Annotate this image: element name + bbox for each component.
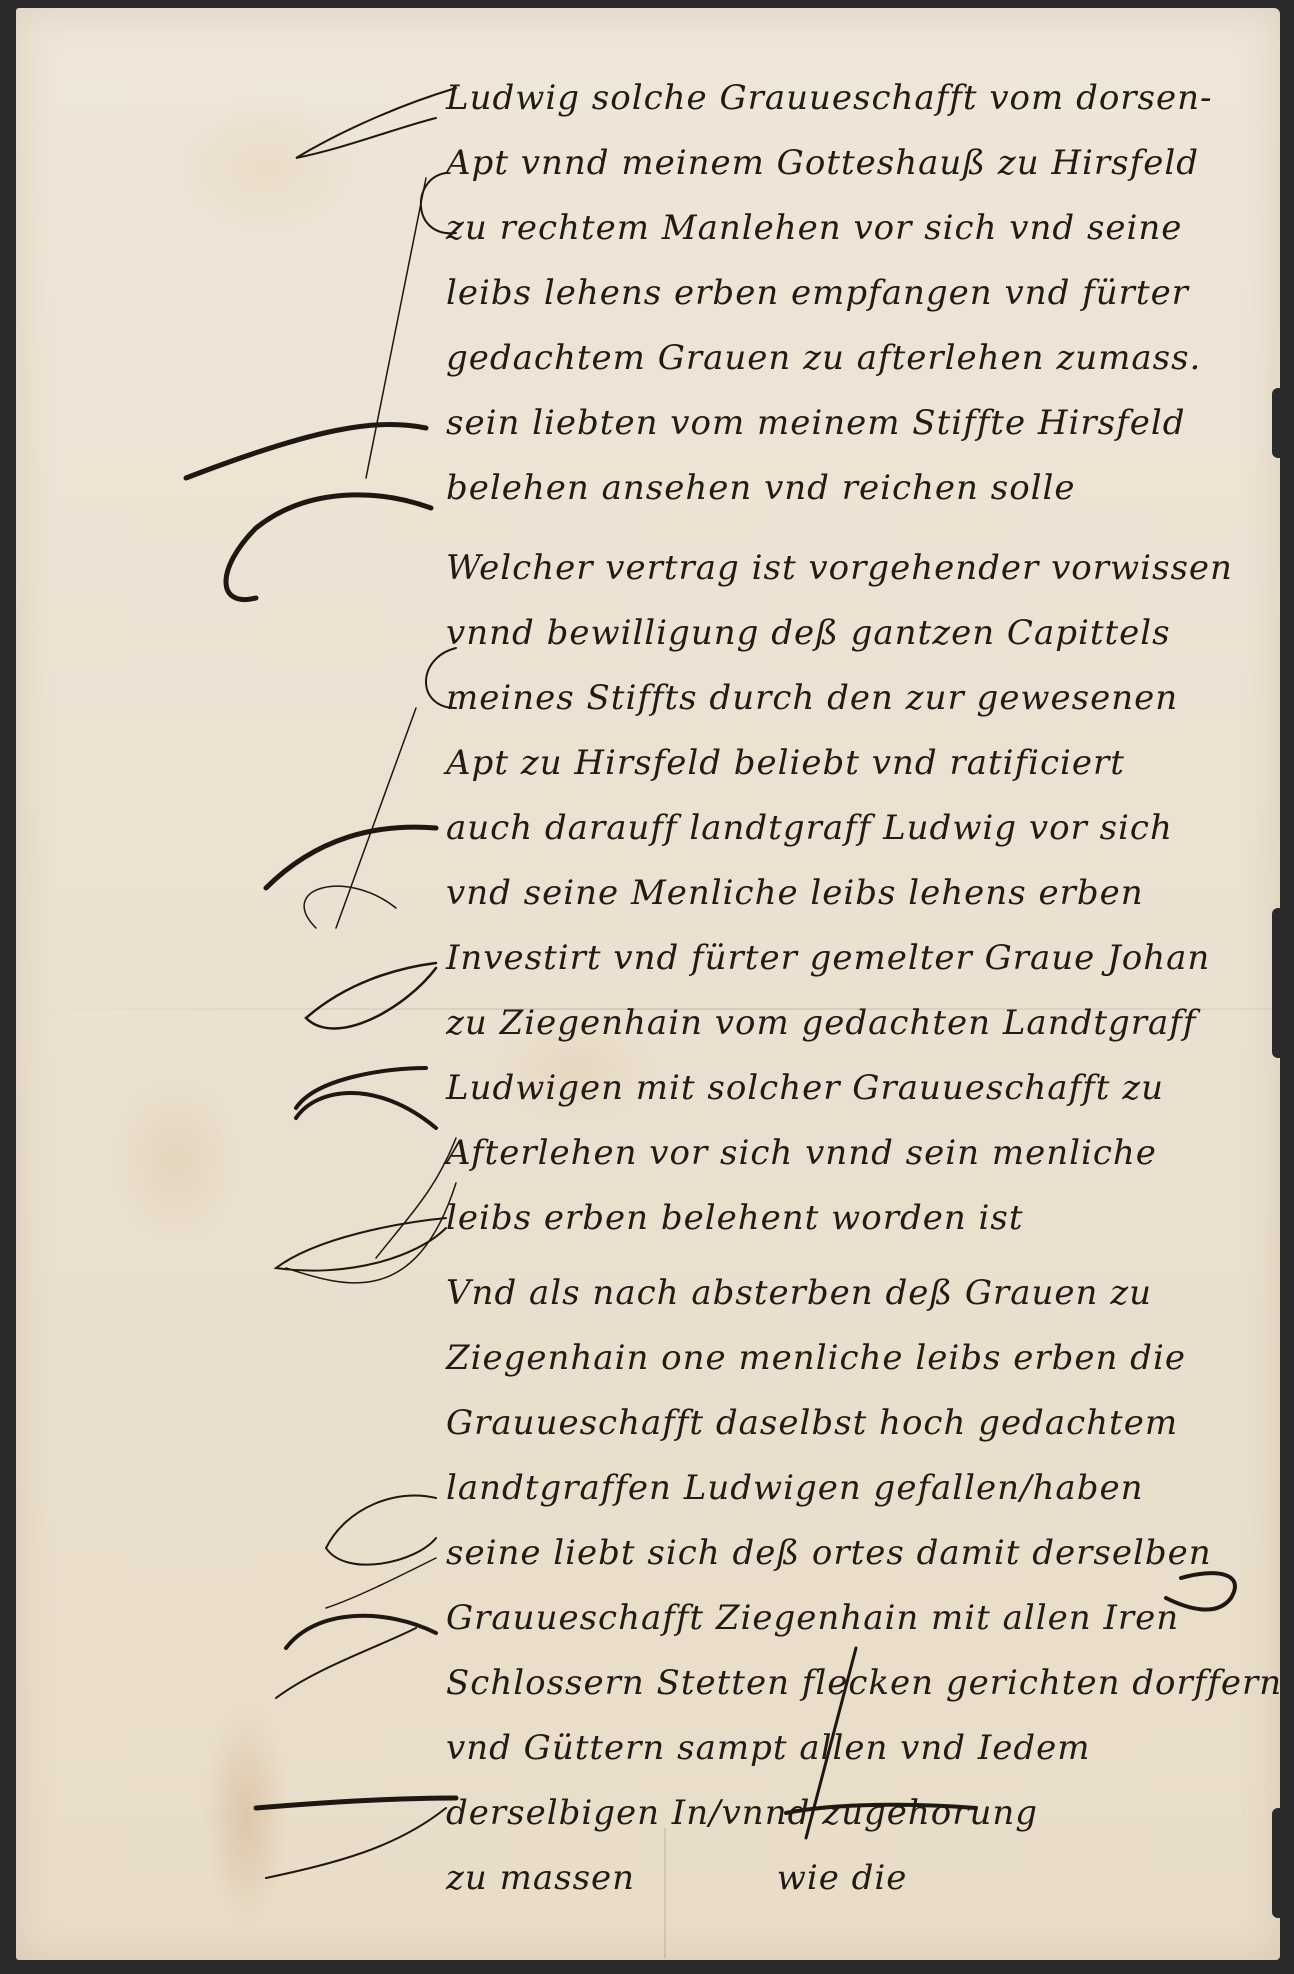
manuscript-line: zu massen wie die [446, 1858, 907, 1898]
manuscript-line: meines Stiffts durch den zur gewesenen [446, 678, 1178, 718]
manuscript-line: Apt vnnd meinem Gotteshauß zu Hirsfeld [446, 143, 1199, 183]
manuscript-line: Grauueschafft Ziegenhain mit allen Iren [446, 1598, 1179, 1638]
manuscript-line: landtgraffen Ludwigen gefallen/haben [446, 1468, 1143, 1508]
torn-edge-mark [1272, 388, 1286, 458]
torn-edge-mark [1272, 908, 1286, 1058]
manuscript-line: Afterlehen vor sich vnnd sein menliche [446, 1133, 1157, 1173]
manuscript-line: vnd Güttern sampt allen vnd Iedem [446, 1728, 1091, 1768]
manuscript-line: zu Ziegenhain vom gedachten Landtgraff [446, 1003, 1196, 1043]
torn-edge-mark [1272, 1808, 1286, 1918]
manuscript-line: sein liebten vom meinem Stiffte Hirsfeld [446, 403, 1185, 443]
manuscript-line: Ludwig solche Grauueschafft vom dorsen- [446, 78, 1213, 118]
manuscript-line: zu rechtem Manlehen vor sich vnd seine [446, 208, 1182, 248]
manuscript-line: leibs lehens erben empfangen vnd fürter [446, 273, 1189, 313]
manuscript-line: seine liebt sich deß ortes damit derselb… [446, 1533, 1212, 1573]
manuscript-line: Vnd als nach absterben deß Grauen zu [446, 1273, 1152, 1313]
manuscript-line: Ziegenhain one menliche leibs erben die [446, 1338, 1186, 1378]
manuscript-page: Ludwig solche Grauueschafft vom dorsen- … [16, 8, 1280, 1960]
manuscript-line: belehen ansehen vnd reichen solle [446, 468, 1076, 508]
manuscript-line: Welcher vertrag ist vorgehender vorwisse… [446, 548, 1233, 588]
manuscript-line: Grauueschafft daselbst hoch gedachtem [446, 1403, 1178, 1443]
manuscript-line: Ludwigen mit solcher Grauueschafft zu [446, 1068, 1164, 1108]
manuscript-line: vnd seine Menliche leibs lehens erben [446, 873, 1144, 913]
manuscript-line: derselbigen In/vnnd zugehorung [446, 1793, 1038, 1833]
manuscript-line: auch darauff landtgraff Ludwig vor sich [446, 808, 1173, 848]
scan-frame: Ludwig solche Grauueschafft vom dorsen- … [0, 0, 1294, 1974]
manuscript-line: Apt zu Hirsfeld beliebt vnd ratificiert [446, 743, 1125, 783]
manuscript-line: vnnd bewilligung deß gantzen Capittels [446, 613, 1171, 653]
manuscript-line: Schlossern Stetten flecken gerichten dor… [446, 1663, 1282, 1703]
manuscript-line: leibs erben belehent worden ist [446, 1198, 1024, 1238]
manuscript-line: gedachtem Grauen zu afterlehen zumass. [446, 338, 1201, 378]
manuscript-line: Investirt vnd fürter gemelter Graue Joha… [446, 938, 1210, 978]
